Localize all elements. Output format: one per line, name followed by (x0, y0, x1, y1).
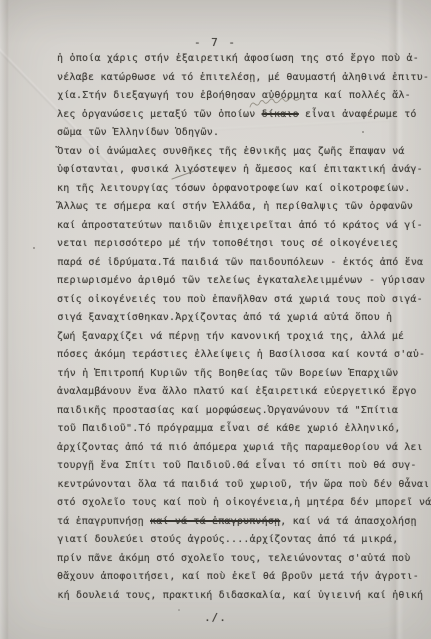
text-line: Ἄλλως τε σήμερα καί στήν Ἑλλάδα, ἡ περίθ… (57, 198, 431, 217)
text-line: τοῦ Παιδιοῦ".Τό πρόγραμμα εἶναι σέ κάθε … (57, 420, 431, 439)
text-segment: ἀναλαμβάνουν ἕνα ἄλλο πλατύ καί ἐξαιρετι… (57, 386, 417, 397)
text-segment: νέλαβε κατώρθωσε νά τό ἐπιτελέσῃ, μέ θαυ… (57, 72, 429, 83)
text-segment: κη τῆς λειτουργίας τόσων ὀρφανοτροφείων … (57, 183, 410, 194)
text-segment: παιδικῆς προστασίας καί μορφώσεως.Ὀργανώ… (57, 405, 398, 416)
text-line: ἀναλαμβάνουν ἕνα ἄλλο πλατύ καί ἐξαιρετι… (57, 383, 431, 402)
text-line: Ὅταν οἱ ἀνώμαλες συνθῆκες τῆς ἐθνικῆς μα… (57, 143, 431, 162)
text-line: νέλαβε κατώρθωσε νά τό ἐπιτελέσῃ, μέ θαυ… (57, 69, 431, 88)
text-line: τά ἐπαγρυπνήσῃ καί νά τά ἐπαγρυπνήσῃ, κα… (57, 513, 431, 532)
text-segment: θἄχουν ἀποφοιτήσει, καί ποὺ ἐκεῖ θά βροῦ… (57, 571, 419, 582)
text-line: κή δουλειά τους, πρακτική διδασκαλία, κα… (57, 587, 431, 606)
text-line: γιατί δουλεύει στούς ἀγρούς....ἀρχίζοντα… (57, 531, 431, 550)
text-line: παιδικῆς προστασίας καί μορφώσεως.Ὀργανώ… (57, 402, 431, 421)
text-segment: , καί νά τά ἀπασχολήσῃ (280, 516, 416, 527)
text-line: λες ὀργανώσεις μεταξύ τῶν ὁποίων δίκαιο … (57, 106, 431, 125)
text-segment: ζωή ξαναρχίζει νά πέρνῃ τήν κανονική τρο… (57, 331, 404, 342)
text-segment: χία.Στήν διεξαγωγή του ἐβοήθησαν αὐθόρμη… (57, 90, 410, 101)
struck-text: καί νά τά ἐπαγρυπνήσῃ (150, 516, 280, 527)
text-line: πρίν πᾶνε ἀκόμη στό σχολεῖο τους, τελειώ… (57, 550, 431, 569)
text-segment: παρά σέ ἱδρύματα.Τά παιδιά τῶν παιδουπόλ… (57, 257, 423, 268)
paper-edge (0, 0, 9, 639)
text-line: ἡ ὁποία χάρις στήν ἐξαιρετική ἀφοσίωση τ… (57, 50, 431, 69)
text-line: τουργῇ ἕνα Σπίτι τοῦ Παιδιοῦ.Θά εἶναι τό… (57, 457, 431, 476)
pencil-note-annotation (248, 98, 310, 110)
text-line: κεντρώνονται ὅλα τά παιδιά τοῦ χωριοῦ, τ… (57, 476, 431, 495)
text-segment: κεντρώνονται ὅλα τά παιδιά τοῦ χωριοῦ, τ… (57, 479, 429, 490)
text-segment: ὑφίστανται, φυσικά λιγόστεψεν ἡ ἄμεσος κ… (57, 164, 423, 175)
text-segment: σῶμα τῶν Ἑλληνίδων Ὁδηγῶν. (57, 127, 219, 138)
text-line: παρά σέ ἱδρύματα.Τά παιδιά τῶν παιδουπόλ… (57, 254, 431, 273)
text-segment: τοῦ Παιδιοῦ".Τό πρόγραμμα εἶναι σέ κάθε … (57, 423, 400, 434)
text-segment: καί ἀπροστατεύτων παιδιῶν ἐπιχειρεῖται ἀ… (57, 220, 423, 231)
text-segment: κή δουλειά τους, πρακτική διδασκαλία, κα… (57, 590, 423, 601)
text-segment: στίς οἰκογένειές του ποὺ ἐπανῆλθαν στά χ… (57, 294, 423, 305)
text-segment: σιγά ξαναχτίσθηκαν.Ἀρχίζοντας ἀπό τά χωρ… (57, 312, 392, 323)
text-line: θἄχουν ἀποφοιτήσει, καί ποὺ ἐκεῖ θά βροῦ… (57, 568, 431, 587)
text-line: χία.Στήν διεξαγωγή του ἐβοήθησαν αὐθόρμη… (57, 87, 431, 106)
text-segment: νεται περισσότερο μέ τήν τοποθέτησι τους… (57, 238, 398, 249)
text-segment: λες ὀργανώσεις μεταξύ τῶν ὁποίων (57, 109, 262, 120)
text-line: ἀρχίζοντας ἀπό τά πιό ἀπόμερα χωριά τῆς … (57, 439, 431, 458)
page-number: - 7 - (0, 36, 431, 49)
text-segment: Ἄλλως τε σήμερα καί στήν Ἑλλάδα, ἡ περίθ… (57, 201, 413, 212)
text-line: πόσες ἀκόμη τεράστιες ἐλλείψεις ἡ Βασίλι… (57, 346, 431, 365)
text-line: περιωρισμένο ἀριθμό τῶν τελείως ἐγκαταλε… (57, 272, 431, 291)
paper-speck (33, 247, 35, 249)
text-segment: πρίν πᾶνε ἀκόμη στό σχολεῖο τους, τελειώ… (57, 553, 410, 564)
text-segment: περιωρισμένο ἀριθμό τῶν τελείως ἐγκαταλε… (57, 275, 425, 286)
continuation-mark: ./. (0, 611, 431, 624)
text-line: στίς οἰκογένειές του ποὺ ἐπανῆλθαν στά χ… (57, 291, 431, 310)
text-line: τήν ἡ Ἐπιτροπή Κυριῶν τῆς Βοηθείας τῶν Β… (57, 365, 431, 384)
text-line: ὑφίστανται, φυσικά λιγόστεψεν ἡ ἄμεσος κ… (57, 161, 431, 180)
text-segment: τουργῇ ἕνα Σπίτι τοῦ Παιδιοῦ.Θά εἶναι τό… (57, 460, 417, 471)
text-line: καί ἀπροστατεύτων παιδιῶν ἐπιχειρεῖται ἀ… (57, 217, 431, 236)
text-segment: γιατί δουλεύει στούς ἀγρούς....ἀρχίζοντα… (57, 534, 398, 545)
text-segment: τήν ἡ Ἐπιτροπή Κυριῶν τῆς Βοηθείας τῶν Β… (57, 368, 398, 379)
text-segment: τά ἐπαγρυπνήσῃ (57, 516, 150, 527)
text-line: νεται περισσότερο μέ τήν τοποθέτησι τους… (57, 235, 431, 254)
text-segment: Ὅταν οἱ ἀνώμαλες συνθῆκες τῆς ἐθνικῆς μα… (57, 146, 404, 157)
document-body: ἡ ὁποία χάρις στήν ἐξαιρετική ἀφοσίωση τ… (57, 50, 431, 605)
text-line: σῶμα τῶν Ἑλληνίδων Ὁδηγῶν. (57, 124, 431, 143)
text-line: σιγά ξαναχτίσθηκαν.Ἀρχίζοντας ἀπό τά χωρ… (57, 309, 431, 328)
text-segment: πόσες ἀκόμη τεράστιες ἐλλείψεις ἡ Βασίλι… (57, 349, 425, 360)
text-segment: ἀρχίζοντας ἀπό τά πιό ἀπόμερα χωριά τῆς … (57, 442, 423, 453)
pencil-correction-mark (169, 166, 203, 182)
text-segment: ἡ ὁποία χάρις στήν ἐξαιρετική ἀφοσίωση τ… (57, 53, 419, 64)
text-line: στό σχολεῖο τους καί ποὺ ἡ οἰκογένεια,ἡ … (57, 494, 431, 513)
text-segment: στό σχολεῖο τους καί ποὺ ἡ οἰκογένεια,ἡ … (57, 497, 431, 508)
text-segment: εἶναι ἀναφέρωμε τό (299, 109, 417, 120)
struck-text: δίκαιο (262, 109, 299, 120)
text-line: ζωή ξαναρχίζει νά πέρνῃ τήν κανονική τρο… (57, 328, 431, 347)
scanned-document-page: - 7 - ἡ ὁποία χάρις στήν ἐξαιρετική ἀφοσ… (0, 0, 431, 639)
text-line: κη τῆς λειτουργίας τόσων ὀρφανοτροφείων … (57, 180, 431, 199)
